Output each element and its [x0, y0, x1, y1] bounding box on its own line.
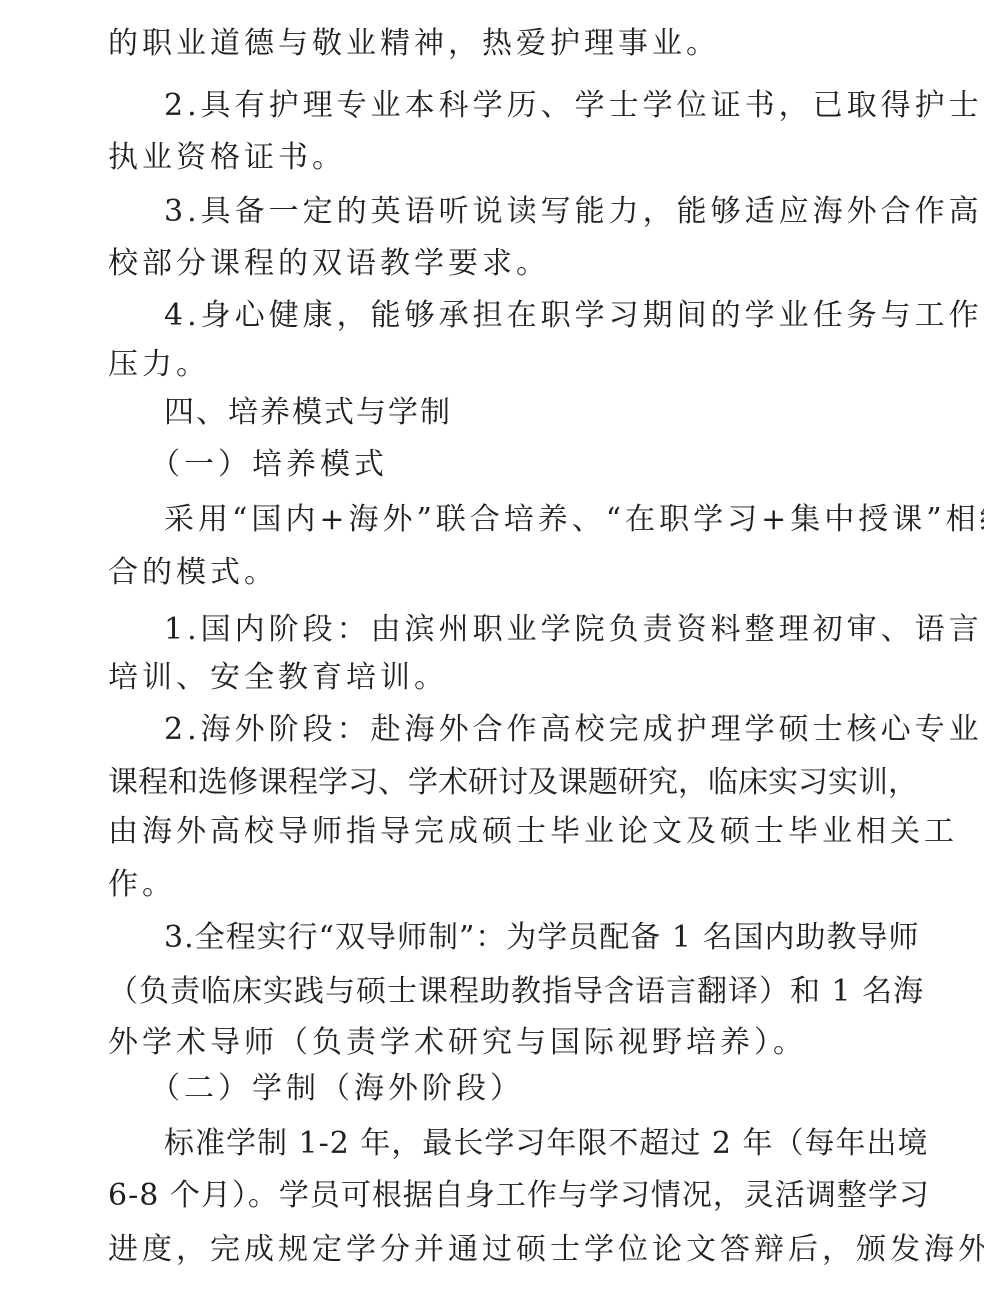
requirement-3-line: 3.具备一定的英语听说读写能力，能够适应海外合作高 [164, 192, 868, 232]
paragraph-line: 执业资格证书。 [108, 138, 868, 178]
stage-1-line: 1.国内阶段：由滨州职业学院负责资料整理初审、语言 [164, 610, 868, 650]
paragraph-line: 的职业道德与敬业精神，热爱护理事业。 [108, 24, 868, 64]
paragraph-line: 作。 [108, 865, 868, 905]
document-page: 的职业道德与敬业精神，热爱护理事业。 2.具有护理专业本科学历、学士学位证书，已… [0, 0, 984, 1300]
subsection-heading: （二）学制（海外阶段） [150, 1069, 910, 1109]
paragraph-line: 采用“国内+海外”联合培养、“在职学习+集中授课”相结 [164, 500, 868, 540]
paragraph-line: 6-8 个月）。学员可根据自身工作与学习情况，灵活调整学习 [108, 1176, 868, 1216]
paragraph-line: 进度，完成规定学分并通过硕士学位论文答辩后，颁发海外 [108, 1230, 868, 1270]
paragraph-line: 压力。 [108, 345, 868, 385]
paragraph-line: 课程和选修课程学习、学术研讨及课题研究，临床实习实训， [108, 763, 868, 803]
paragraph-line: 外学术导师（负责学术研究与国际视野培养）。 [108, 1023, 868, 1063]
requirement-2-line: 2.具有护理专业本科学历、学士学位证书，已取得护士 [164, 86, 868, 126]
dual-mentor-line: 3.全程实行“双导师制”：为学员配备 1 名国内助教导师 [164, 918, 868, 958]
paragraph-line: （负责临床实践与硕士课程助教指导含语言翻译）和 1 名海 [108, 972, 868, 1012]
requirement-4-line: 4.身心健康，能够承担在职学习期间的学业任务与工作 [164, 296, 868, 336]
paragraph-line: 校部分课程的双语教学要求。 [108, 244, 868, 284]
section-heading: 四、培养模式与学制 [164, 393, 924, 433]
subsection-heading: （一）培养模式 [150, 445, 910, 485]
paragraph-line: 由海外高校导师指导完成硕士毕业论文及硕士毕业相关工 [108, 812, 868, 852]
stage-2-line: 2.海外阶段：赴海外合作高校完成护理学硕士核心专业 [164, 710, 868, 750]
paragraph-line: 合的模式。 [108, 553, 868, 593]
duration-line: 标准学制 1-2 年，最长学习年限不超过 2 年（每年出境 [164, 1124, 868, 1164]
paragraph-line: 培训、安全教育培训。 [108, 658, 868, 698]
